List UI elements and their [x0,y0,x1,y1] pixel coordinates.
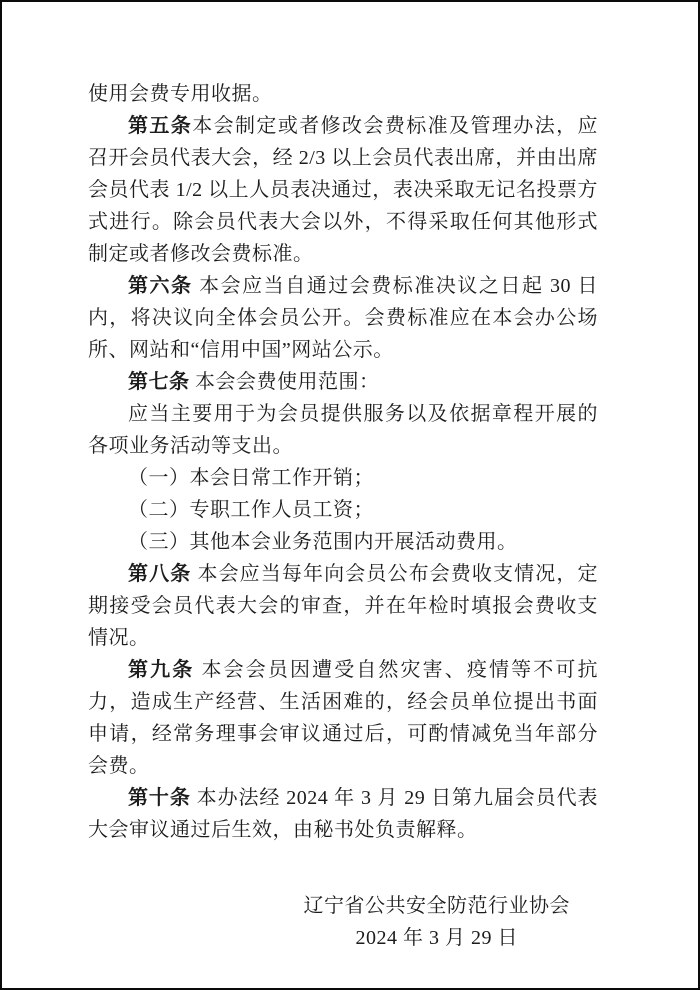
signature-org: 辽宁省公共安全防范行业协会 [304,890,571,922]
paragraph: 第七条 本会会费使用范围： [88,366,598,398]
article-text: （三）其他本会业务范围内开展活动费用。 [128,531,518,553]
article-number: 第八条 [128,563,191,585]
article-text: 本会制定或者修改会费标准及管理办法，应召开会员代表大会，经 2/3 以上会员代表… [88,115,598,265]
article-text: 应当主要用于为会员提供服务以及依据章程开展的各项业务活动等支出。 [88,403,598,457]
article-number: 第十条 [128,787,191,809]
paragraph: 使用会费专用收据。 [88,78,598,110]
article-text: 本会会费使用范围： [190,371,380,393]
paragraph: 第十条 本办法经 2024 年 3 月 29 日第九届会员代表大会审议通过后生效… [88,782,598,846]
article-text: （二）专职工作人员工资； [128,499,374,521]
signature-block: 辽宁省公共安全防范行业协会 2024 年 3 月 29 日 [304,890,571,954]
signature-date: 2024 年 3 月 29 日 [304,922,571,954]
paragraph: 第九条 本会会员因遭受自然灾害、疫情等不可抗力，造成生产经营、生活困难的，经会员… [88,654,598,782]
list-item: （二）专职工作人员工资； [88,494,598,526]
paragraph: 应当主要用于为会员提供服务以及依据章程开展的各项业务活动等支出。 [88,398,598,462]
list-item: （一）本会日常工作开销； [88,462,598,494]
article-text: （一）本会日常工作开销； [128,467,374,489]
article-number: 第七条 [128,371,190,393]
paragraph: 第五条本会制定或者修改会费标准及管理办法，应召开会员代表大会，经 2/3 以上会… [88,110,598,270]
list-item: （三）其他本会业务范围内开展活动费用。 [88,526,598,558]
article-text: 使用会费专用收据。 [88,83,273,105]
document-page: 使用会费专用收据。 第五条本会制定或者修改会费标准及管理办法，应召开会员代表大会… [0,0,700,990]
paragraph: 第八条 本会应当每年向会员公布会费收支情况，定期接受会员代表大会的审查，并在年检… [88,558,598,654]
article-number: 第五条 [128,115,192,137]
article-number: 第九条 [128,659,194,681]
paragraph: 第六条 本会应当自通过会费标准决议之日起 30 日内，将决议向全体会员公开。会费… [88,270,598,366]
article-number: 第六条 [128,275,193,297]
